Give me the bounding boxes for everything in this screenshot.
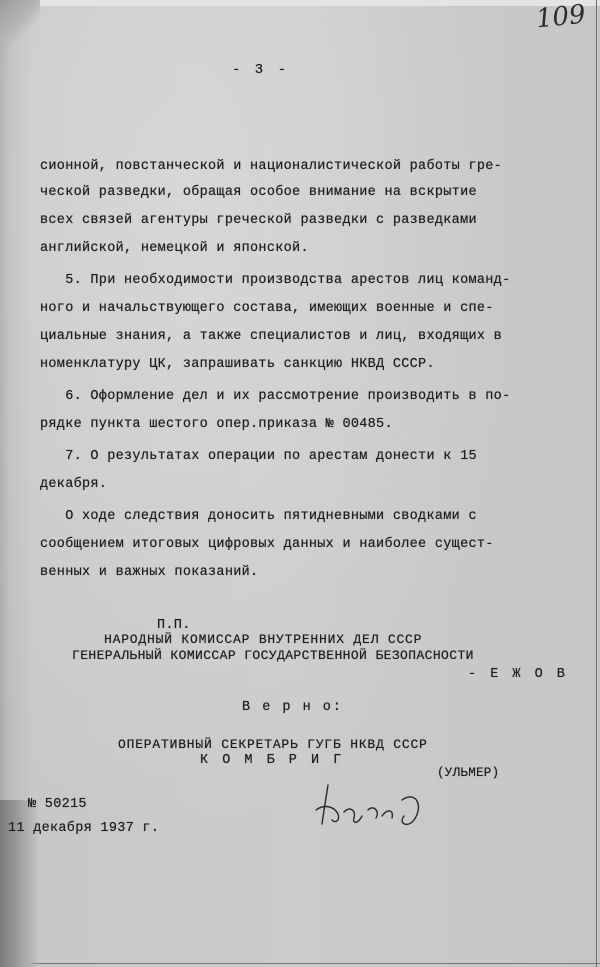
body-line: О ходе следствия доносить пятидневными с… — [40, 509, 477, 524]
body-line: венных и важных показаний. — [40, 565, 258, 580]
handwritten-folio-number: 109 — [535, 0, 588, 35]
certification-label: В е р н о: — [242, 700, 343, 715]
page-number: - 3 - — [232, 62, 289, 78]
body-line: циальные знания, а также специалистов и … — [40, 329, 502, 344]
scanned-document-page: 109 - 3 - сионной, повстанческой и нацио… — [0, 0, 600, 967]
certifier-title-1: ОПЕРАТИВНЫЙ СЕКРЕТАРЬ ГУГБ НКВД СССР — [118, 737, 428, 752]
body-line: 5. При необходимости производства аресто… — [40, 273, 510, 288]
signer-title-2: ГЕНЕРАЛЬНЫЙ КОМИССАР ГОСУДАРСТВЕННОЙ БЕЗ… — [72, 648, 474, 663]
signer-name: - Е Ж О В — [468, 667, 568, 682]
page-bottom-edge — [0, 963, 600, 964]
body-line: декабря. — [40, 477, 107, 492]
body-line: всех связей агентуры греческой разведки … — [40, 213, 477, 228]
page-right-edge — [596, 0, 597, 967]
body-line: ного и начальствующего состава, имеющих … — [40, 301, 494, 316]
body-line: сообщением итоговых цифровых данных и на… — [40, 537, 494, 552]
document-date: 11 декабря 1937 г. — [8, 821, 159, 836]
body-line: сионной, повстанческой и националистичес… — [40, 159, 502, 174]
signature-pp: П.П. — [157, 618, 191, 633]
body-line: английской, немецкой и японской. — [40, 241, 309, 256]
body-line: 7. О результатах операции по арестам дон… — [40, 449, 477, 464]
signer-title-1: НАРОДНЫЙ КОМИССАР ВНУТРЕННИХ ДЕЛ СССР — [104, 632, 422, 647]
body-line: ческой разведки, обращая особое внимание… — [40, 185, 477, 200]
handwritten-signature — [298, 780, 438, 830]
document-number: № 50215 — [28, 797, 87, 812]
body-line: 6. Оформление дел и их рассмотрение прои… — [40, 389, 510, 404]
page-corner-fold — [0, 0, 40, 60]
body-line: рядке пункта шестого опер.приказа № 0048… — [40, 417, 393, 432]
body-line: номенклатуру ЦК, запрашивать санкцию НКВ… — [40, 357, 435, 372]
certifier-name: (УЛЬМЕР) — [437, 766, 499, 780]
page-top-edge — [22, 0, 600, 6]
certifier-title-2: К О М Б Р И Г — [200, 753, 344, 768]
